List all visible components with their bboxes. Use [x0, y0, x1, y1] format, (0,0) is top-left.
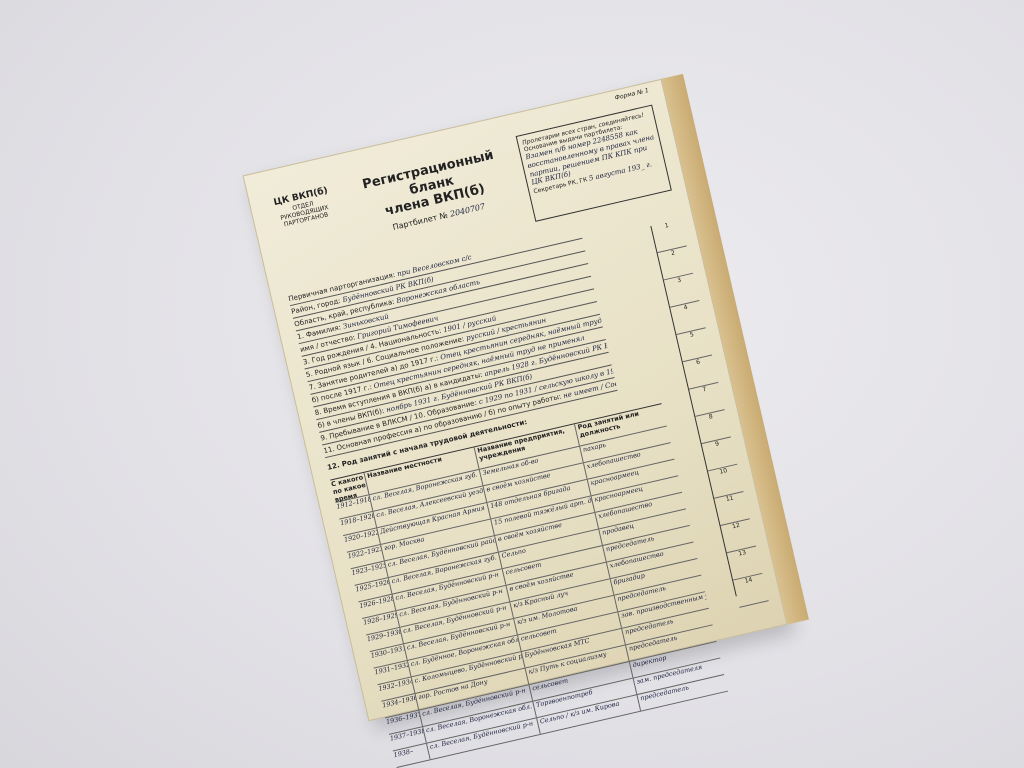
corner-note: Форма № 1	[614, 87, 649, 102]
org-block: ЦК ВКП(б) ОТДЕЛ РУКОВОДЯЩИХ ПАРТОРГАНОВ	[266, 184, 348, 259]
form-fields: Первичная парторганизация: при Веселовск…	[287, 226, 617, 458]
margin-number: 14	[733, 574, 769, 608]
document-book: Форма № 1 ЦК ВКП(б) ОТДЕЛ РУКОВОДЯЩИХ ПА…	[243, 79, 788, 721]
work-history-table: С какого по какое время Название местнос…	[330, 403, 728, 768]
form-title: Регистрационный бланк члена ВКП(б) Партб…	[344, 144, 523, 241]
basis-box: Пролетарии всех стран, соединяйтесь! Осн…	[516, 105, 672, 222]
